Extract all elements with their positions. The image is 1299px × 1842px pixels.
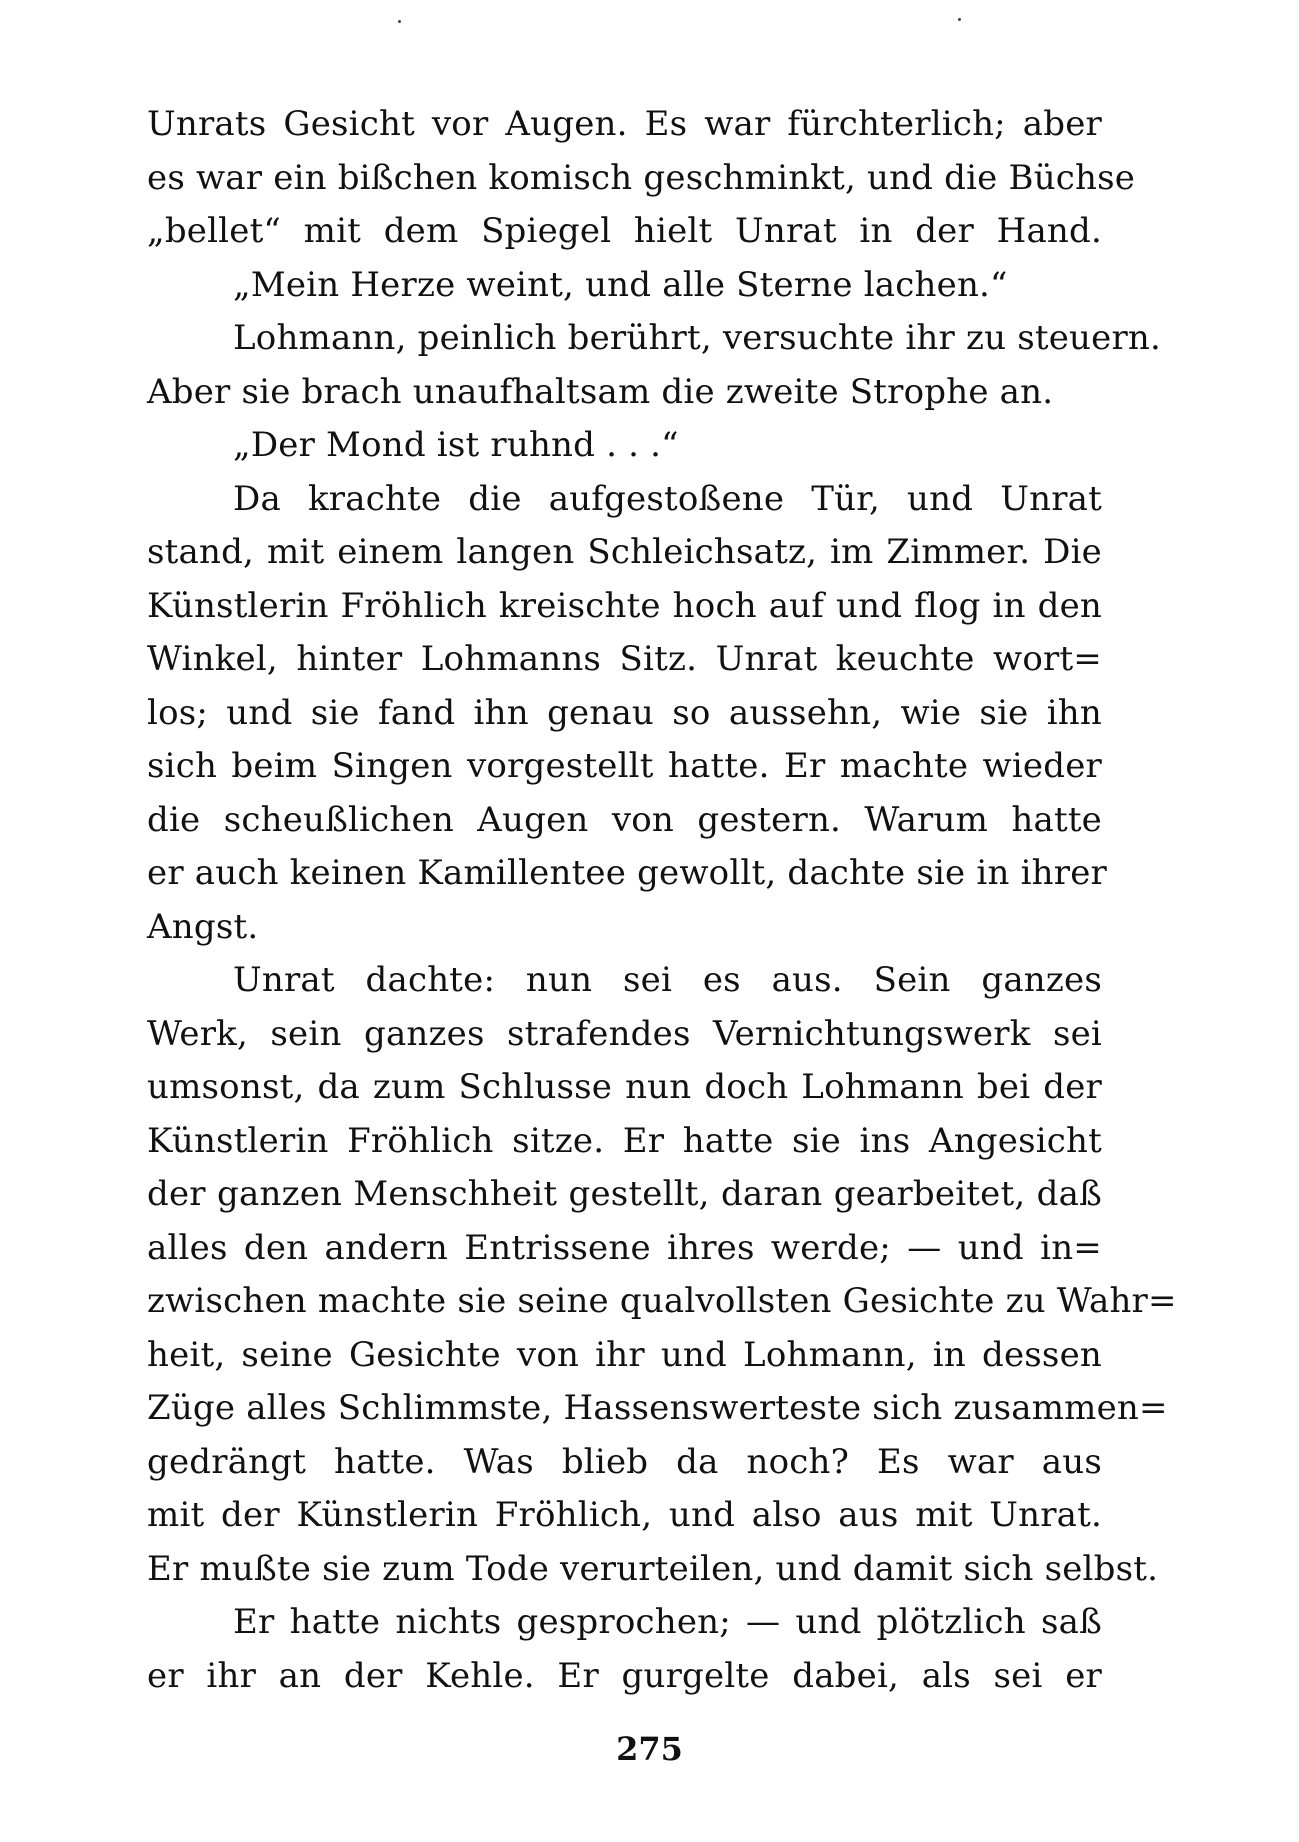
- page-number: 275: [0, 1730, 1299, 1768]
- text-line: Unrat dachte: nun sei es aus. Sein ganze…: [147, 954, 1102, 1008]
- text-line: es war ein bißchen komisch geschminkt, u…: [147, 152, 1102, 206]
- text-line: umsonst, da zum Schlusse nun doch Lohman…: [147, 1061, 1102, 1115]
- text-line: stand, mit einem langen Schleichsatz, im…: [147, 526, 1102, 580]
- text-line: Angst.: [147, 901, 1102, 955]
- scan-speck: [958, 18, 961, 21]
- text-line: Da krachte die aufgestoßene Tür, und Unr…: [147, 473, 1102, 527]
- text-line: „bellet“ mit dem Spiegel hielt Unrat in …: [147, 205, 1102, 259]
- text-line: mit der Künstlerin Fröhlich, und also au…: [147, 1489, 1102, 1543]
- text-line: zwischen machte sie seine qualvollsten G…: [147, 1275, 1102, 1329]
- text-line: er auch keinen Kamillentee gewollt, dach…: [147, 847, 1102, 901]
- text-line: gedrängt hatte. Was blieb da noch? Es wa…: [147, 1436, 1102, 1490]
- text-line: er ihr an der Kehle. Er gurgelte dabei, …: [147, 1650, 1102, 1704]
- text-line: Er hatte nichts gesprochen; — und plötzl…: [147, 1596, 1102, 1650]
- text-line: Werk, sein ganzes strafendes Vernichtung…: [147, 1008, 1102, 1062]
- text-line: alles den andern Entrissene ihres werde;…: [147, 1222, 1102, 1276]
- text-line: Unrats Gesicht vor Augen. Es war fürchte…: [147, 98, 1102, 152]
- book-page: Unrats Gesicht vor Augen. Es war fürchte…: [0, 0, 1299, 1842]
- text-line: der ganzen Menschheit gestellt, daran ge…: [147, 1168, 1102, 1222]
- text-line: die scheußlichen Augen von gestern. Waru…: [147, 794, 1102, 848]
- text-line: heit, seine Gesichte von ihr und Lohmann…: [147, 1329, 1102, 1383]
- text-line: Winkel, hinter Lohmanns Sitz. Unrat keuc…: [147, 633, 1102, 687]
- text-line: „Mein Herze weint, und alle Sterne lache…: [147, 259, 1102, 313]
- body-text: Unrats Gesicht vor Augen. Es war fürchte…: [147, 98, 1102, 1703]
- text-line: Künstlerin Fröhlich kreischte hoch auf u…: [147, 580, 1102, 634]
- text-line: Aber sie brach unaufhaltsam die zweite S…: [147, 366, 1102, 420]
- text-line: los; und sie fand ihn genau so aussehn, …: [147, 687, 1102, 741]
- text-line: Lohmann, peinlich berührt, versuchte ihr…: [147, 312, 1102, 366]
- text-line: Künstlerin Fröhlich sitze. Er hatte sie …: [147, 1115, 1102, 1169]
- text-line: „Der Mond ist ruhnd . . .“: [147, 419, 1102, 473]
- text-line: sich beim Singen vorgestellt hatte. Er m…: [147, 740, 1102, 794]
- scan-speck: [398, 20, 401, 23]
- text-line: Züge alles Schlimmste, Hassenswerteste s…: [147, 1382, 1102, 1436]
- text-line: Er mußte sie zum Tode verurteilen, und d…: [147, 1543, 1102, 1597]
